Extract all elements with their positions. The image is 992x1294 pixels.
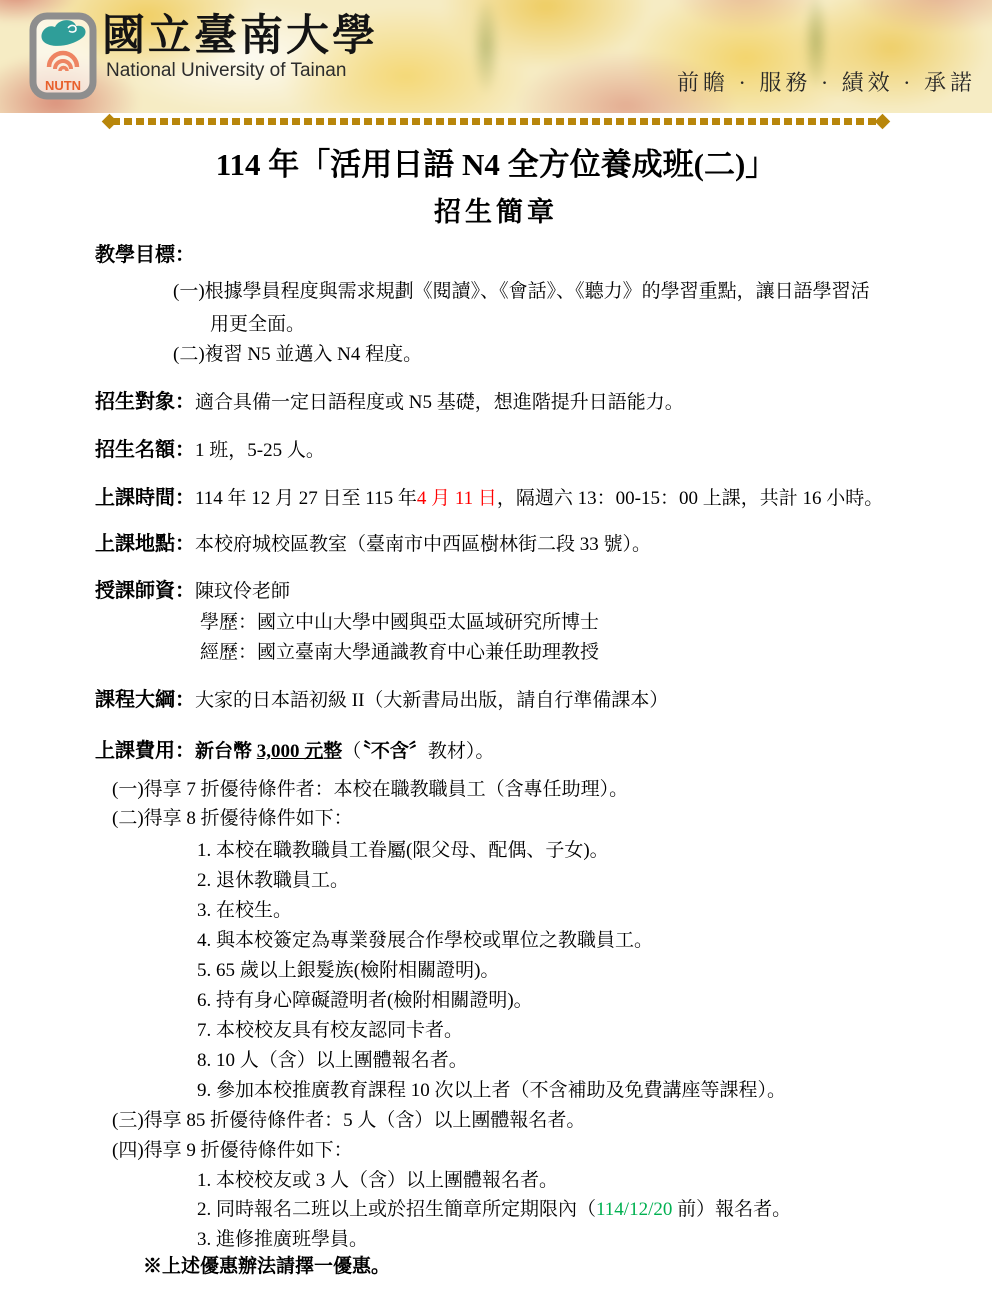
fee-note: ※上述優惠辦法請擇一優惠。: [143, 1254, 390, 1280]
page-header: NUTN 國立臺南大學 National University of Taina…: [0, 0, 992, 113]
diamond-icon: [875, 114, 891, 130]
section-text: 大家的日本語初級 II（大新書局出版，請自行準備課本）: [195, 690, 668, 711]
university-name-zh: 國立臺南大學: [102, 2, 378, 63]
fee-discount-row-2: (二)得享 8 折優待條件如下：: [112, 806, 353, 832]
fee-discount-subitem: 1. 本校校友或 3 人（含）以上團體報名者。: [197, 1168, 558, 1194]
teaching-goal-item-1-continuation: 用更全面。: [210, 312, 305, 338]
section-location-row: 上課地點：本校府城校區教室（臺南市中西區樹林街二段 33 號）。: [95, 531, 651, 558]
fee-discount-row-1: (一)得享 7 折優待條件者：本校在職教職員工（含專任助理）。: [112, 777, 628, 803]
section-label: 教學目標：: [95, 244, 195, 266]
fee-discount-subitem: 8. 10 人（含）以上團體報名者。: [197, 1048, 468, 1074]
fee-discount-subitem: 7. 本校校友具有校友認同卡者。: [197, 1018, 463, 1044]
fee-discount-subitem: 2. 同時報名二班以上或於招生簡章所定期限內（114/12/20 前）報名者。: [197, 1197, 791, 1223]
fee-discount-subitem: 1. 本校在職教職員工眷屬(限父母、配偶、子女)。: [197, 838, 609, 864]
fee-discount-subitem: 3. 進修推廣班學員。: [197, 1227, 368, 1253]
fee-amount: 3,000 元: [257, 741, 324, 762]
section-label: 課程大綱：: [95, 689, 195, 711]
deadline-text-after: 前）報名者。: [672, 1199, 791, 1220]
teaching-goal-item-2: (二)複習 N5 並邁入 N4 程度。: [173, 342, 422, 368]
university-name-en: National University of Tainan: [106, 60, 346, 82]
fee-discount-subitem: 2. 退休教職員工。: [197, 868, 349, 894]
logo-acronym: NUTN: [45, 78, 81, 93]
page-subtitle: 招生簡章: [0, 190, 992, 229]
red-highlight-date: 4 月 11 日: [417, 488, 497, 509]
section-target-row: 招生對象：適合具備一定日語程度或 N5 基礎，想進階提升日語能力。: [95, 389, 684, 416]
teacher-name: 陳玟伶老師: [195, 581, 290, 602]
section-quota-row: 招生名額：1 班，5-25 人。: [95, 437, 325, 464]
university-slogan: 前瞻 · 服務 · 績效 · 承諾: [677, 66, 976, 97]
section-label: 上課費用：: [95, 740, 195, 762]
green-highlight-date: 114/12/20: [596, 1199, 672, 1220]
section-label: 上課地點：: [95, 533, 195, 555]
fee-discount-row-3: (三)得享 85 折優待條件者：5 人（含）以上團體報名者。: [112, 1108, 585, 1134]
fee-amount-suffix: 整: [323, 741, 342, 762]
time-text-before: 114 年 12 月 27 日至 115 年: [195, 488, 417, 509]
deadline-text-before: 2. 同時報名二班以上或於招生簡章所定期限內（: [197, 1199, 596, 1220]
time-text-after: ，隔週六 13：00-15：00 上課，共計 16 小時。: [497, 488, 883, 509]
fee-discount-row-4: (四)得享 9 折優待條件如下：: [112, 1138, 353, 1164]
section-syllabus-row: 課程大綱：大家的日本語初級 II（大新書局出版，請自行準備課本）: [95, 687, 668, 714]
section-teacher-row: 授課師資：陳玟伶老師: [95, 578, 290, 605]
fee-discount-subitem: 9. 參加本校推廣教育課程 10 次以上者（不含補助及免費講座等課程）。: [197, 1078, 786, 1104]
section-text: 適合具備一定日語程度或 N5 基礎，想進階提升日語能力。: [195, 392, 684, 413]
fee-amount-prefix: 新台幣: [195, 741, 257, 762]
fee-paren-open: （: [342, 741, 361, 762]
fee-discount-subitem: 6. 持有身心障礙證明者(檢附相關證明)。: [197, 988, 533, 1014]
section-text: 本校府城校區教室（臺南市中西區樹林街二段 33 號）。: [195, 534, 651, 555]
dashed-line: [112, 118, 880, 125]
section-fee-row: 上課費用：新台幣 3,000 元整（〝不含〞教材）。: [95, 738, 494, 765]
teaching-goal-item-1: (一)根據學員程度與需求規劃《閱讀》、《會話》、《聽力》的學習重點，讓日語學習活: [173, 279, 870, 305]
section-label: 授課師資：: [95, 580, 195, 602]
fee-not-included: 〝不含〞: [361, 741, 428, 762]
teacher-experience-row: 經歷：國立臺南大學通識教育中心兼任助理教授: [200, 640, 599, 666]
teacher-education-row: 學歷：國立中山大學中國與亞太區域研究所博士: [200, 610, 599, 636]
fee-paren-close: 教材）。: [428, 741, 495, 762]
fee-discount-subitem: 5. 65 歲以上銀髮族(檢附相關證明)。: [197, 958, 499, 984]
fee-discount-subitem: 4. 與本校簽定為專業發展合作學校或單位之教職員工。: [197, 928, 653, 954]
nutn-logo-icon: NUTN: [28, 11, 98, 101]
section-label: 招生對象：: [95, 391, 195, 413]
section-text: 1 班，5-25 人。: [195, 440, 325, 461]
section-time-row: 上課時間：114 年 12 月 27 日至 115 年4 月 11 日，隔週六 …: [95, 485, 883, 512]
diamond-icon: [102, 114, 118, 130]
section-label: 上課時間：: [95, 487, 195, 509]
page-title: 114 年「活用日語 N4 全方位養成班(二)」: [0, 139, 992, 184]
fee-discount-subitem: 3. 在校生。: [197, 898, 292, 924]
section-teaching-goals-label: 教學目標：: [95, 242, 195, 269]
decorative-divider: [104, 116, 888, 127]
admission-brochure-page: NUTN 國立臺南大學 National University of Taina…: [0, 0, 992, 1294]
section-label: 招生名額：: [95, 439, 195, 461]
